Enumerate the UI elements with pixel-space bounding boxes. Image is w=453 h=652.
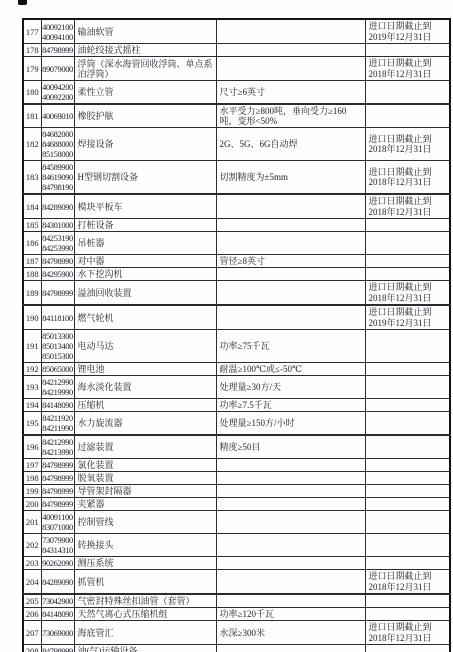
import-deadline-note [365, 104, 450, 128]
equipment-name: 天然气离心式压缩机组 [74, 608, 216, 621]
equipment-name: 氯化装置 [74, 459, 216, 472]
spec-text [216, 219, 365, 232]
row-number: 208 [23, 645, 41, 652]
hs-code-list: 84682000 84688000 85158000 [41, 128, 74, 161]
table-row: 17740092100 40094100输油软管进口日期截止到 2019年12月… [23, 19, 450, 44]
import-deadline-note [365, 645, 450, 652]
spec-text [216, 557, 365, 570]
table-row: 18284682000 84688000 85158000焊接设备2G、5G、6… [23, 128, 450, 161]
row-number: 181 [23, 104, 41, 128]
document-page: 17740092100 40094100输油软管进口日期截止到 2019年12月… [0, 0, 453, 652]
spec-text: 功率≥7.5千瓦 [216, 399, 365, 412]
spec-text [216, 594, 365, 608]
import-deadline-note [365, 534, 450, 557]
equipment-name: 转换接头 [74, 534, 216, 557]
table-row: 20390262090测压系统 [23, 557, 450, 570]
hs-code-list: 85065000 [41, 363, 74, 376]
equipment-name: 控制管线 [74, 511, 216, 534]
hs-code-list: 84148090 [41, 608, 74, 621]
table-row: 19285065000锂电池耐温≥100℃或≤-50℃ [23, 363, 450, 376]
equipment-name: 水力旋流器 [74, 412, 216, 436]
import-deadline-note [365, 376, 450, 399]
hs-code-list: 84798999 [41, 498, 74, 511]
table-row: 18040094200 40092200柔性立管尺寸≥6英寸 [23, 81, 450, 105]
row-number: 197 [23, 459, 41, 472]
import-deadline-note: 进口日期截止到 2018年12月31日 [365, 570, 450, 595]
equipment-name: 模块平板车 [74, 194, 216, 219]
table-row: 19884798999脱氧装置 [23, 472, 450, 485]
spec-text [216, 459, 365, 472]
spec-text: 功率≥120千瓦 [216, 608, 365, 621]
row-number: 185 [23, 219, 41, 232]
equipment-name: 夹紧器 [74, 498, 216, 511]
import-deadline-note [365, 485, 450, 498]
row-number: 178 [23, 44, 41, 57]
spec-text [216, 44, 365, 57]
import-deadline-note [365, 232, 450, 255]
row-number: 199 [23, 485, 41, 498]
hs-code-list: 84253190 84253990 [41, 232, 74, 255]
row-number: 182 [23, 128, 41, 161]
import-deadline-note [365, 268, 450, 281]
import-deadline-note [365, 330, 450, 363]
import-deadline-note [365, 435, 450, 459]
table-row: 20773069000海底管汇水深≥300米进口日期截止到 2018年12月31… [23, 621, 450, 645]
hs-code-list: 84798999 [41, 281, 74, 306]
table-row: 20084798999夹紧器 [23, 498, 450, 511]
import-deadline-note: 进口日期截止到 2018年12月31日 [365, 194, 450, 219]
equipment-name: 过滤装置 [74, 435, 216, 459]
equipment-name: 输油软管 [74, 19, 216, 44]
import-deadline-note: 进口日期截止到 2018年12月31日 [365, 161, 450, 195]
hs-code-list: 84798999 [41, 485, 74, 498]
row-number: 184 [23, 194, 41, 219]
row-number: 200 [23, 498, 41, 511]
equipment-name: 水下挖沟机 [74, 268, 216, 281]
row-number: 179 [23, 57, 41, 81]
equipment-name: 压缩机 [74, 399, 216, 412]
spec-text [216, 645, 365, 652]
table-row: 17989079000浮筒（深水海管回收浮筒、单点系泊浮筒）进口日期截止到 20… [23, 57, 450, 81]
row-number: 201 [23, 511, 41, 534]
hs-code-list: 40092100 40094100 [41, 19, 74, 44]
spec-text [216, 485, 365, 498]
import-deadline-note [365, 459, 450, 472]
table-row: 18384589900 84619090 84798190H型钢切割设备切割精度… [23, 161, 450, 195]
equipment-name: 对中器 [74, 255, 216, 268]
equipment-table-body: 17740092100 40094100输油软管进口日期截止到 2019年12月… [23, 19, 450, 652]
hs-code-list: 84289090 [41, 570, 74, 595]
hs-code-list: 84301000 [41, 219, 74, 232]
equipment-name: 脱氧装置 [74, 472, 216, 485]
equipment-name: 打桩设备 [74, 219, 216, 232]
spec-text: 处理量≥30方/天 [216, 376, 365, 399]
equipment-name: 抓管机 [74, 570, 216, 595]
import-deadline-note [365, 255, 450, 268]
table-row: 19984798999导管架封隔器 [23, 485, 450, 498]
spec-text: 切割精度为±5mm [216, 161, 365, 195]
spec-text: 耐温≥100℃或≤-50℃ [216, 363, 365, 376]
import-deadline-note: 进口日期截止到 2018年12月31日 [365, 621, 450, 645]
row-number: 193 [23, 376, 41, 399]
table-row: 17884798999油轮绞接式摇柱 [23, 44, 450, 57]
import-deadline-note [365, 363, 450, 376]
hs-code-list: 84211920 84211990 [41, 412, 74, 436]
spec-text: 处理量≥150方/小时 [216, 412, 365, 436]
row-number: 207 [23, 621, 41, 645]
import-deadline-note: 进口日期截止到 2018年12月31日 [365, 281, 450, 306]
spec-text [216, 281, 365, 306]
import-deadline-note: 进口日期截止到 2019年12月31日 [365, 19, 450, 44]
hs-code-list: 40069010 [41, 104, 74, 128]
row-number: 191 [23, 330, 41, 363]
table-row: 18984798999溢油回收装置进口日期截止到 2018年12月31日 [23, 281, 450, 306]
row-number: 195 [23, 412, 41, 436]
table-row: 20884798999油(气)运输设备 [23, 645, 450, 652]
table-row: 18140069010橡胶护舷水平受力≥800吨，垂向受力≥160吨，变形<50… [23, 104, 450, 128]
spec-text: 2G、5G、6G自动焊 [216, 128, 365, 161]
equipment-name: H型钢切割设备 [74, 161, 216, 195]
equipment-name: 溢油回收装置 [74, 281, 216, 306]
spec-text [216, 232, 365, 255]
row-number: 203 [23, 557, 41, 570]
table-row: 20140091100 83071000控制管线 [23, 511, 450, 534]
import-deadline-note [365, 608, 450, 621]
equipment-name: 橡胶护舷 [74, 104, 216, 128]
table-row: 19185013300 85013400 85015300电动马达功率≥75千瓦 [23, 330, 450, 363]
spec-text: 水平受力≥800吨，垂向受力≥160吨，变形<50% [216, 104, 365, 128]
hs-code-list: 84212990 84219990 [41, 376, 74, 399]
row-number: 187 [23, 255, 41, 268]
table-row: 18684253190 84253990吊桩器 [23, 232, 450, 255]
equipment-name: 气密封特殊丝扣油管（套管） [74, 594, 216, 608]
spec-text [216, 498, 365, 511]
equipment-name: 锂电池 [74, 363, 216, 376]
spec-text [216, 472, 365, 485]
spec-text [216, 57, 365, 81]
hs-code-list: 73042900 [41, 594, 74, 608]
hs-code-list: 73079900 84314310 [41, 534, 74, 557]
import-deadline-note: 进口日期截止到 2019年12月31日 [365, 305, 450, 330]
spec-text [216, 268, 365, 281]
row-number: 189 [23, 281, 41, 306]
row-number: 194 [23, 399, 41, 412]
spec-text: 管径≥8英寸 [216, 255, 365, 268]
hs-code-list: 40091100 83071000 [41, 511, 74, 534]
import-deadline-note [365, 472, 450, 485]
row-number: 205 [23, 594, 41, 608]
table-row: 18584301000打桩设备 [23, 219, 450, 232]
spec-text [216, 305, 365, 330]
spec-text: 功率≥75千瓦 [216, 330, 365, 363]
spec-text [216, 19, 365, 44]
hs-code-list: 84295900 [41, 268, 74, 281]
spec-text [216, 570, 365, 595]
import-deadline-note [365, 412, 450, 436]
equipment-name: 油轮绞接式摇柱 [74, 44, 216, 57]
row-number: 177 [23, 19, 41, 44]
equipment-name: 电动马达 [74, 330, 216, 363]
equipment-name: 油(气)运输设备 [74, 645, 216, 652]
table-row: 18484289090模块平板车进口日期截止到 2018年12月31日 [23, 194, 450, 219]
row-number: 192 [23, 363, 41, 376]
hs-code-list: 84148090 [41, 399, 74, 412]
equipment-name: 测压系统 [74, 557, 216, 570]
hs-code-list: 84798999 [41, 472, 74, 485]
spec-text: 水深≥300米 [216, 621, 365, 645]
hs-code-list: 84798999 [41, 459, 74, 472]
table-row: 20484289090抓管机进口日期截止到 2018年12月31日 [23, 570, 450, 595]
import-deadline-note: 进口日期截止到 2018年12月31日 [365, 57, 450, 81]
row-number: 198 [23, 472, 41, 485]
table-row: 19684212990 84213990过滤装置精度≥50目 [23, 435, 450, 459]
import-deadline-note: 进口日期截止到 2018年12月31日 [365, 128, 450, 161]
row-number: 196 [23, 435, 41, 459]
table-row: 19784798999氯化装置 [23, 459, 450, 472]
equipment-name: 吊桩器 [74, 232, 216, 255]
table-row: 20273079900 84314310转换接头 [23, 534, 450, 557]
spec-text: 精度≥50目 [216, 435, 365, 459]
table-row: 20684148090天然气离心式压缩机组功率≥120千瓦 [23, 608, 450, 621]
equipment-name: 浮筒（深水海管回收浮筒、单点系泊浮筒） [74, 57, 216, 81]
import-deadline-note [365, 81, 450, 105]
import-deadline-note [365, 594, 450, 608]
table-row: 19084118100燃气轮机进口日期截止到 2019年12月31日 [23, 305, 450, 330]
hs-code-list: 84118100 [41, 305, 74, 330]
hs-code-list: 84798990 [41, 255, 74, 268]
equipment-name: 海水淡化装置 [74, 376, 216, 399]
equipment-name: 燃气轮机 [74, 305, 216, 330]
hs-code-list: 84289090 [41, 194, 74, 219]
row-number: 190 [23, 305, 41, 330]
import-deadline-note [365, 44, 450, 57]
hs-code-list: 84212990 84213990 [41, 435, 74, 459]
row-number: 202 [23, 534, 41, 557]
spec-text [216, 534, 365, 557]
equipment-name: 柔性立管 [74, 81, 216, 105]
import-deadline-note [365, 511, 450, 534]
equipment-name: 导管架封隔器 [74, 485, 216, 498]
table-row: 18884295900水下挖沟机 [23, 268, 450, 281]
spec-text [216, 194, 365, 219]
hs-code-list: 73069000 [41, 621, 74, 645]
hs-code-list: 85013300 85013400 85015300 [41, 330, 74, 363]
scan-artifact [18, 0, 27, 5]
table-row: 19484148090压缩机功率≥7.5千瓦 [23, 399, 450, 412]
hs-code-list: 40094200 40092200 [41, 81, 74, 105]
equipment-table: 17740092100 40094100输油软管进口日期截止到 2019年12月… [22, 18, 451, 652]
row-number: 206 [23, 608, 41, 621]
import-deadline-note [365, 219, 450, 232]
row-number: 204 [23, 570, 41, 595]
table-row: 19384212990 84219990海水淡化装置处理量≥30方/天 [23, 376, 450, 399]
spec-text [216, 511, 365, 534]
table-row: 18784798990对中器管径≥8英寸 [23, 255, 450, 268]
equipment-name: 焊接设备 [74, 128, 216, 161]
table-row: 19584211920 84211990水力旋流器处理量≥150方/小时 [23, 412, 450, 436]
import-deadline-note [365, 557, 450, 570]
hs-code-list: 84589900 84619090 84798190 [41, 161, 74, 195]
import-deadline-note [365, 498, 450, 511]
spec-text: 尺寸≥6英寸 [216, 81, 365, 105]
hs-code-list: 84798999 [41, 44, 74, 57]
row-number: 188 [23, 268, 41, 281]
hs-code-list: 89079000 [41, 57, 74, 81]
equipment-name: 海底管汇 [74, 621, 216, 645]
table-row: 20573042900气密封特殊丝扣油管（套管） [23, 594, 450, 608]
hs-code-list: 84798999 [41, 645, 74, 652]
hs-code-list: 90262090 [41, 557, 74, 570]
row-number: 180 [23, 81, 41, 105]
row-number: 183 [23, 161, 41, 195]
row-number: 186 [23, 232, 41, 255]
import-deadline-note [365, 399, 450, 412]
